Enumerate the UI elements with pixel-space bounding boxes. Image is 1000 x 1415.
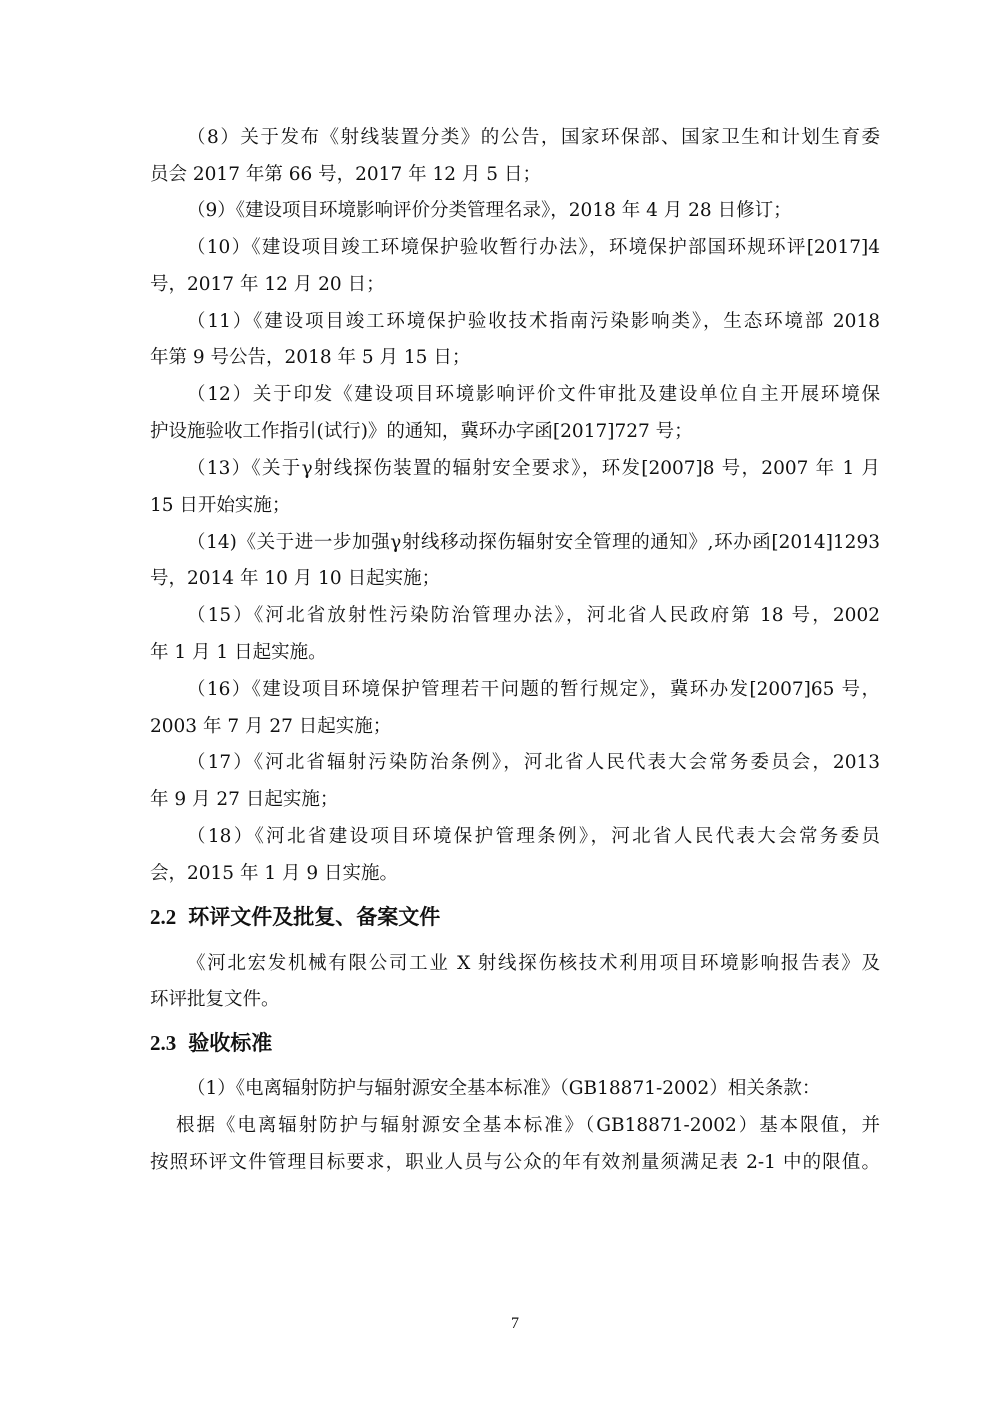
list-item-15-line-2: 年 1 月 1 日起实施。 <box>150 640 880 666</box>
section-heading-2-2: 2.2环评文件及批复、备案文件 <box>150 902 440 932</box>
list-item-10-line-1: （10）《建设项目竣工环境保护验收暂行办法》，环境保护部国环规环评[2017]4 <box>187 235 880 261</box>
section-number: 2.3 <box>150 1031 176 1055</box>
list-item-10-line-2: 号，2017 年 12 月 20 日； <box>150 272 880 298</box>
list-item-14-line-1: （14)《关于进一步加强γ射线移动探伤辐射安全管理的通知》,环办函[2014]1… <box>187 530 880 556</box>
list-item-16-line-1: （16）《建设项目环境保护管理若干问题的暂行规定》，冀环办发[2007]65 号… <box>187 677 880 703</box>
list-item-17-line-1: （17）《河北省辐射污染防治条例》，河北省人民代表大会常务委员会，2013 <box>187 750 880 776</box>
section-2-2-paragraph-line-2: 环评批复文件。 <box>150 987 880 1013</box>
section-2-3-paragraph-line-1: 根据《电离辐射防护与辐射源安全基本标准》（GB18871-2002）基本限值，并 <box>176 1113 880 1139</box>
list-item-18-line-1: （18）《河北省建设项目环境保护管理条例》，河北省人民代表大会常务委员 <box>187 824 880 850</box>
list-item-9-line-1: （9）《建设项目环境影响评价分类管理名录》，2018 年 4 月 28 日修订； <box>187 198 880 224</box>
section-title: 环评文件及批复、备案文件 <box>188 905 440 929</box>
list-item-14-line-2: 号，2014 年 10 月 10 日起实施； <box>150 566 880 592</box>
list-item-11-line-1: （11）《建设项目竣工环境保护验收技术指南污染影响类》，生态环境部 2018 <box>187 309 880 335</box>
list-item-13-line-2: 15 日开始实施； <box>150 493 880 519</box>
section-heading-2-3: 2.3验收标准 <box>150 1028 272 1058</box>
section-2-3-item-1: （1）《电离辐射防护与辐射源安全基本标准》（GB18871-2002）相关条款： <box>187 1076 880 1102</box>
section-title: 验收标准 <box>188 1031 272 1055</box>
section-number: 2.2 <box>150 905 176 929</box>
section-2-2-paragraph-line-1: 《河北宏发机械有限公司工业 X 射线探伤核技术利用项目环境影响报告表》及 <box>187 951 880 977</box>
list-item-12-line-2: 护设施验收工作指引(试行)》的通知，冀环办字函[2017]727 号； <box>150 419 880 445</box>
page-number: 7 <box>0 1314 1000 1334</box>
list-item-11-line-2: 年第 9 号公告，2018 年 5 月 15 日； <box>150 345 880 371</box>
list-item-16-line-2: 2003 年 7 月 27 日起实施； <box>150 714 880 740</box>
list-item-13-line-1: （13）《关于γ射线探伤装置的辐射安全要求》，环发[2007]8 号，2007 … <box>187 456 880 482</box>
section-2-3-paragraph-line-2: 按照环评文件管理目标要求，职业人员与公众的年有效剂量须满足表 2-1 中的限值。 <box>150 1150 880 1176</box>
list-item-12-line-1: （12）关于印发《建设项目环境影响评价文件审批及建设单位自主开展环境保 <box>187 382 880 408</box>
list-item-17-line-2: 年 9 月 27 日起实施； <box>150 787 880 813</box>
list-item-18-line-2: 会，2015 年 1 月 9 日实施。 <box>150 861 880 887</box>
list-item-8-line-2: 员会 2017 年第 66 号，2017 年 12 月 5 日； <box>150 162 880 188</box>
list-item-8-line-1: （8）关于发布《射线装置分类》的公告，国家环保部、国家卫生和计划生育委 <box>187 125 880 151</box>
list-item-15-line-1: （15）《河北省放射性污染防治管理办法》，河北省人民政府第 18 号，2002 <box>187 603 880 629</box>
document-page: （8）关于发布《射线装置分类》的公告，国家环保部、国家卫生和计划生育委 员会 2… <box>0 0 1000 1415</box>
